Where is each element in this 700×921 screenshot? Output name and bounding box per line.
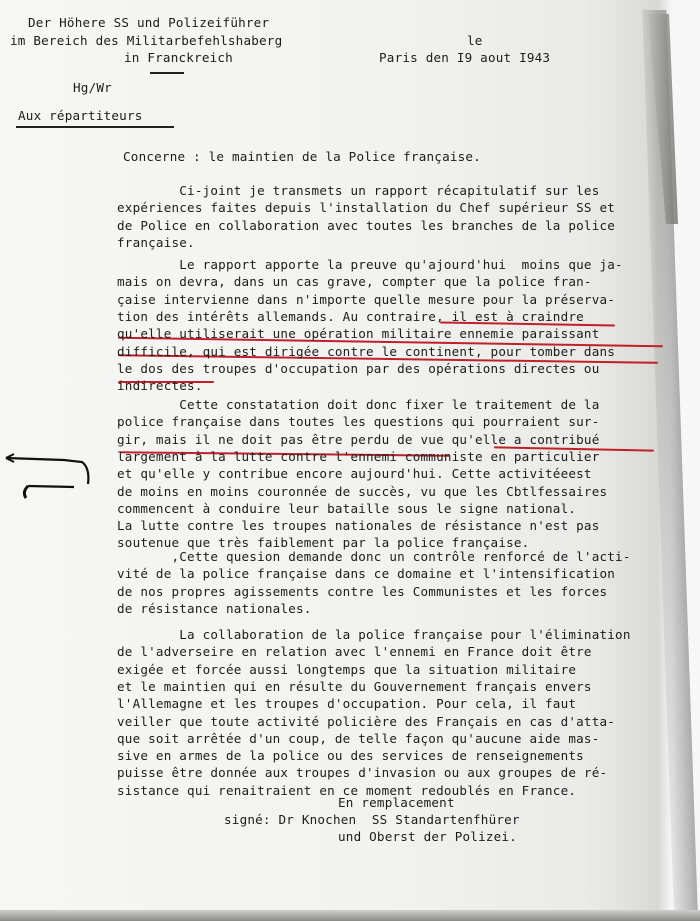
recipient: Aux répartiteurs: [18, 109, 143, 123]
paragraph-2-line: indirectes.: [117, 379, 203, 393]
margin-arrow-icon: [0, 440, 100, 510]
paragraph-4-line: ,Cette quesion demande donc un contrôle …: [117, 550, 631, 564]
paragraph-2-line: çaise intervienne dans n'importe quelle …: [117, 293, 615, 307]
paragraph-2-line: qu'elle utiliserait une opération milita…: [117, 327, 600, 341]
paragraph-5-line: veiller que toute activité policière des…: [117, 715, 615, 729]
paragraph-5-line: sive en armes de la police ou des servic…: [117, 749, 584, 763]
closing-line-3: und Oberst der Polizei.: [338, 830, 517, 844]
paragraph-3-line: gir, mais il ne doit pas être perdu de v…: [117, 433, 600, 447]
paragraph-2-line: mais on devra, dans un cas grave, compte…: [117, 275, 592, 289]
paragraph-4-line: de résistance nationales.: [117, 602, 312, 616]
recipient-underline: [16, 126, 174, 128]
paragraph-2-line: tion des intérêts allemands. Au contrair…: [117, 310, 584, 324]
paragraph-1-line: française.: [117, 236, 195, 250]
paragraph-5-line: et le maintien qui en résulte du Gouvern…: [117, 680, 592, 694]
paragraph-5-line: puisse être donnée aux troupes d'invasio…: [117, 766, 607, 780]
paragraph-2-line: difficile, qui est dirigée contre le con…: [117, 345, 615, 359]
paragraph-3-line: police française dans toutes les questio…: [117, 415, 600, 429]
paragraph-5-line: que soit arrêtée d'un coup, de telle faç…: [117, 732, 600, 746]
paragraph-2-line: le dos des troupes d'occupation par des …: [117, 362, 600, 376]
paragraph-5-line: sistance qui renaitraient en ce moment r…: [117, 784, 576, 798]
paragraph-1-line: expériences faites depuis l'installation…: [117, 201, 615, 215]
closing-line-1: En remplacement: [338, 796, 455, 810]
reference-code: Hg/Wr: [73, 81, 112, 95]
letterhead-line-3: in Franckreich: [124, 51, 233, 65]
paragraph-3-line: La lutte contre les troupes nationales d…: [117, 519, 600, 533]
paragraph-1-line: de Police en collaboration avec toutes l…: [117, 219, 615, 233]
letterhead-rule: [150, 72, 184, 74]
scanned-letter-page: Der Höhere SS und Polizeiführer im Berei…: [0, 0, 700, 921]
letterhead-line-1: Der Höhere SS und Polizeiführer: [28, 16, 269, 30]
letterhead-line-2: im Bereich des Militarbefehlshaberg: [10, 34, 282, 48]
date-prefix: le: [467, 34, 483, 48]
paragraph-4-line: vité de la police française dans ce doma…: [117, 567, 615, 581]
subject-line: Concerne : le maintien de la Police fran…: [123, 150, 481, 164]
signature-line: signé: Dr Knochen SS Standartenfhürer: [224, 813, 520, 827]
paragraph-5-line: de l'adverseire en relation avec l'ennem…: [117, 645, 592, 659]
paragraph-5-line: l'Allemagne et les troupes d'occupation.…: [117, 697, 576, 711]
bottom-edge: [0, 910, 700, 921]
paragraph-3-line: Cette constatation doit donc fixer le tr…: [117, 398, 600, 412]
paragraph-3-line: et qu'elle y contribue encore aujourd'hu…: [117, 467, 592, 481]
paragraph-5-line: exigée et forcée aussi longtemps que la …: [117, 663, 576, 677]
paragraph-4-line: de nos propres agissements contre les Co…: [117, 585, 607, 599]
paragraph-3-line: largement à la lutte contre l'ennemi com…: [117, 450, 600, 464]
date-line: Paris den I9 aout I943: [379, 51, 550, 65]
paragraph-5-line: La collaboration de la police française …: [117, 628, 631, 642]
paragraph-3-line: commencent à conduire leur bataille sous…: [117, 502, 576, 516]
paragraph-3-line: de moins en moins couronnée de succès, v…: [117, 485, 607, 499]
paragraph-1-line: Ci-joint je transmets un rapport récapit…: [117, 184, 600, 198]
paragraph-2-line: Le rapport apporte la preuve qu'ajourd'h…: [117, 258, 623, 272]
